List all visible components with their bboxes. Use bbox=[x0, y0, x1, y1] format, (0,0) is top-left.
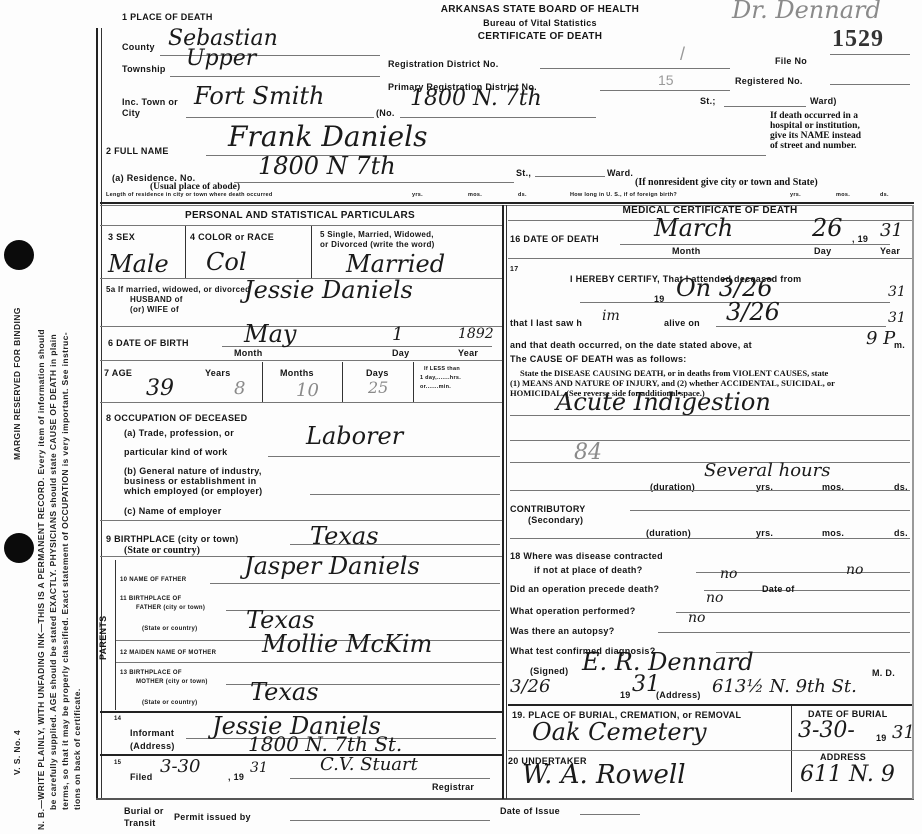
footer-permit-label: Permit issued by bbox=[174, 812, 251, 822]
occupation-b-1: (b) General nature of industry, bbox=[124, 466, 262, 476]
marital-label-1: 5 Single, Married, Widowed, bbox=[320, 230, 434, 239]
residence-st-label: St., bbox=[516, 168, 531, 178]
city-line bbox=[186, 117, 374, 118]
registered-no-label: Registered No. bbox=[735, 76, 803, 86]
hospital-note-4: of street and number. bbox=[770, 141, 857, 151]
length-ds: ds. bbox=[518, 192, 527, 198]
death-time: 9 P bbox=[866, 328, 895, 349]
dod-day-label: Day bbox=[814, 246, 831, 256]
age-months-label: Months bbox=[280, 368, 314, 378]
cause-value: Acute Indigestion bbox=[556, 388, 771, 416]
last-saw-date: 3/26 bbox=[726, 298, 780, 326]
attended-19: 19 bbox=[654, 294, 665, 304]
birthplace-label: 9 BIRTHPLACE (city or town) bbox=[106, 534, 239, 544]
street-no-label: (No. bbox=[376, 108, 395, 118]
street-ward-label: Ward) bbox=[810, 96, 837, 106]
residence-line bbox=[234, 182, 514, 183]
primary-registration-line bbox=[600, 90, 730, 91]
age-days-value: 25 bbox=[368, 378, 388, 397]
foreign-ds: ds. bbox=[880, 192, 889, 198]
occurred-label: and that death occurred, on the date sta… bbox=[510, 340, 752, 350]
secondary-label: (Secondary) bbox=[528, 515, 583, 525]
informant-label: Informant bbox=[130, 728, 174, 738]
burial-place-value: Oak Cemetery bbox=[532, 718, 707, 746]
dob-month-label: Month bbox=[234, 348, 263, 358]
dod-day: 26 bbox=[812, 214, 843, 242]
contributory-ds: ds. bbox=[894, 528, 908, 538]
cause-instructions-2: (1) MEANS AND NATURE OF INJURY, and (2) … bbox=[510, 378, 835, 388]
nonresident-note: (If nonresident give city or town and St… bbox=[635, 177, 818, 188]
street-st-label: St.; bbox=[700, 96, 716, 106]
registration-district-value: / bbox=[680, 44, 685, 65]
margin-instructions-1: N. B.—WRITE PLAINLY, WITH UNFADING INK—T… bbox=[36, 329, 46, 830]
binding-hole-bottom bbox=[4, 533, 34, 563]
length-residence-label: Length of residence in city or town wher… bbox=[106, 192, 273, 198]
md-label: M. D. bbox=[872, 668, 895, 678]
section-divider-top bbox=[100, 202, 914, 204]
footer-burial-label-2: Transit bbox=[124, 818, 156, 828]
dod-year: 31 bbox=[880, 220, 903, 241]
mother-bp-label-1: 13 BIRTHPLACE OF bbox=[120, 670, 182, 676]
spouse-label-1: 5a If married, widowed, or divorced bbox=[106, 285, 250, 294]
signed-date: 3/26 bbox=[510, 676, 550, 697]
parents-side-label: PARENTS bbox=[98, 616, 108, 660]
filed-year: 31 bbox=[250, 760, 268, 776]
attended-year: 31 bbox=[888, 284, 906, 300]
occupation-a-1: (a) Trade, profession, or bbox=[124, 428, 234, 438]
city-label-2: City bbox=[122, 108, 140, 118]
column-divider-2 bbox=[506, 205, 507, 799]
cause-instructions-1: State the DISEASE CAUSING DEATH, or in d… bbox=[520, 368, 828, 378]
date-of-label: Date of bbox=[762, 584, 795, 594]
item-17-number: 17 bbox=[510, 266, 518, 273]
filed-label: Filed bbox=[130, 772, 153, 782]
length-yrs: yrs. bbox=[412, 192, 423, 198]
marital-value: Married bbox=[346, 250, 445, 278]
contributory-yrs: yrs. bbox=[756, 528, 773, 538]
primary-registration-value: 15 bbox=[658, 72, 674, 88]
occupation-a-2: particular kind of work bbox=[124, 447, 227, 457]
filed-year-prefix: , 19 bbox=[228, 772, 244, 782]
mother-bp-value: Texas bbox=[250, 678, 319, 706]
dod-year-prefix: , 19 bbox=[852, 234, 868, 244]
city-label-1: Inc. Town or bbox=[122, 97, 178, 107]
informant-address: 1800 N. 7th St. bbox=[248, 732, 402, 756]
hospital-note-1: If death occurred in a bbox=[770, 111, 858, 121]
certificate-title: CERTIFICATE OF DEATH bbox=[420, 31, 660, 42]
birthplace-value: Texas bbox=[310, 522, 379, 550]
county-label: County bbox=[122, 42, 155, 52]
contributory-mos: mos. bbox=[822, 528, 844, 538]
foreign-birth-label: How long in U. S., if of foreign birth? bbox=[570, 192, 677, 198]
foreign-mos: mos. bbox=[836, 192, 850, 198]
residence-sublabel: (Usual place of abode) bbox=[150, 182, 240, 192]
contributory-label: CONTRIBUTORY bbox=[510, 504, 586, 514]
registrar-signature: C.V. Stuart bbox=[320, 754, 418, 775]
registration-district-line bbox=[540, 68, 730, 69]
column-divider bbox=[502, 205, 504, 799]
street-no-value: 1800 N. 7th bbox=[410, 86, 542, 111]
occupation-b-3: which employed (or employer) bbox=[124, 486, 262, 496]
bureau-title: Bureau of Vital Statistics bbox=[440, 18, 640, 28]
signed-19: 19 bbox=[620, 690, 631, 700]
personal-section-title: PERSONAL AND STATISTICAL PARTICULARS bbox=[100, 210, 500, 221]
alive-on-label: alive on bbox=[664, 318, 700, 328]
township-value: Upper bbox=[186, 46, 256, 71]
length-mos: mos. bbox=[468, 192, 482, 198]
place-of-death-label: 1 PLACE OF DEATH bbox=[122, 12, 213, 22]
father-label: 10 NAME OF FATHER bbox=[120, 577, 186, 583]
sex-label: 3 SEX bbox=[108, 232, 135, 242]
city-value: Fort Smith bbox=[194, 82, 325, 110]
dod-label: 16 DATE OF DEATH bbox=[510, 234, 599, 244]
foreign-yrs: yrs. bbox=[790, 192, 801, 198]
date-of-value: no bbox=[846, 562, 863, 578]
father-bp-label-1: 11 BIRTHPLACE OF bbox=[120, 596, 181, 602]
age-less-label-2: 1 day,.......hrs. bbox=[420, 375, 461, 381]
signed-label: (Signed) bbox=[530, 666, 568, 676]
where-contracted-2: if not at place of death? bbox=[534, 565, 643, 575]
spouse-value: Jessie Daniels bbox=[244, 276, 413, 304]
dob-label: 6 DATE OF BIRTH bbox=[108, 338, 189, 348]
cause-label: The CAUSE OF DEATH was as follows: bbox=[510, 354, 687, 364]
full-name-value: Frank Daniels bbox=[228, 120, 427, 153]
spouse-label-2: HUSBAND of bbox=[130, 295, 183, 304]
margin-instructions-4: tions on back of certificate. bbox=[72, 688, 82, 810]
age-years-label: Years bbox=[205, 368, 231, 378]
physician-address: 613½ N. 9th St. bbox=[712, 676, 857, 697]
burial-date-prefix: 19 bbox=[876, 733, 887, 743]
form-border-bottom bbox=[96, 798, 914, 800]
last-saw-year: 31 bbox=[888, 310, 906, 326]
mother-bp-label-2: MOTHER (city or town) bbox=[136, 679, 208, 685]
occupation-value: Laborer bbox=[306, 422, 403, 450]
dob-day: 1 bbox=[392, 324, 403, 345]
color-label: 4 COLOR or RACE bbox=[190, 232, 274, 242]
color-value: Col bbox=[206, 248, 247, 276]
residence-ward-label: Ward. bbox=[607, 168, 633, 178]
father-state-label: (State or country) bbox=[142, 626, 197, 632]
registered-no-line bbox=[830, 84, 910, 85]
hospital-note-3: give its NAME instead bbox=[770, 131, 861, 141]
burial-date-value: 3-30- bbox=[798, 718, 855, 743]
file-no-line bbox=[830, 54, 910, 55]
footer-date-issue-label: Date of Issue bbox=[500, 806, 560, 816]
father-bp-label-2: FATHER (city or town) bbox=[136, 605, 205, 611]
sex-value: Male bbox=[108, 250, 169, 278]
street-no-line bbox=[400, 117, 596, 118]
marital-label-2: or Divorced (write the word) bbox=[320, 240, 435, 249]
binding-hole-top bbox=[4, 240, 34, 270]
undertaker-value: W. A. Rowell bbox=[522, 760, 686, 790]
age-years-value: 39 bbox=[146, 376, 174, 401]
last-saw-label: that I last saw h bbox=[510, 318, 582, 328]
death-time-m: m. bbox=[894, 340, 905, 350]
file-no-label: File No bbox=[775, 56, 807, 66]
autopsy-value: no bbox=[688, 610, 705, 626]
dod-month: March bbox=[654, 214, 733, 242]
occupation-b-2: business or establishment in bbox=[124, 476, 256, 486]
filed-number: 15 bbox=[114, 760, 121, 766]
agency-title: ARKANSAS STATE BOARD OF HEALTH bbox=[390, 4, 690, 15]
informant-number: 14 bbox=[114, 716, 121, 722]
duration-value: Several hours bbox=[704, 460, 830, 481]
contributory-duration-label: (duration) bbox=[646, 528, 691, 538]
birthplace-sublabel: (State or country) bbox=[124, 545, 200, 556]
dob-day-label: Day bbox=[392, 348, 409, 358]
undertaker-address-label: ADDRESS bbox=[820, 752, 866, 762]
township-label: Township bbox=[122, 64, 166, 74]
dod-year-label: Year bbox=[880, 246, 900, 256]
father-value: Jasper Daniels bbox=[244, 552, 420, 580]
age-days-label: Days bbox=[366, 368, 389, 378]
dod-month-label: Month bbox=[672, 246, 701, 256]
operation-value: no bbox=[720, 566, 737, 582]
age-months-value: 10 bbox=[296, 380, 319, 401]
file-number: 1529 bbox=[832, 26, 884, 53]
physician-address-label: (Address) bbox=[656, 690, 701, 700]
last-saw-pronoun: im bbox=[602, 308, 620, 324]
physician-signature: E. R. Dennard bbox=[582, 648, 754, 676]
undertaker-address-value: 611 N. 9 bbox=[800, 762, 895, 787]
age-extra-value: 8 bbox=[234, 378, 245, 399]
margin-binding-label: MARGIN RESERVED FOR BINDING bbox=[12, 307, 22, 460]
form-border-left-inner bbox=[101, 28, 102, 800]
age-less-label-3: or.......min. bbox=[420, 384, 451, 390]
mother-state-label: (State or country) bbox=[142, 700, 197, 706]
occupation-c: (c) Name of employer bbox=[124, 506, 222, 516]
margin-form-number: V. S. No. 4 bbox=[12, 730, 22, 775]
annotation-dr-dennard: Dr. Dennard bbox=[732, 0, 881, 24]
residence-value: 1800 N 7th bbox=[258, 152, 396, 180]
mother-value: Mollie McKim bbox=[262, 630, 432, 658]
mother-label: 12 MAIDEN NAME OF MOTHER bbox=[120, 650, 216, 656]
what-operation-value: no bbox=[706, 590, 723, 606]
margin-instructions-3: terms, so that it may be properly classi… bbox=[60, 332, 70, 810]
autopsy-label: Was there an autopsy? bbox=[510, 626, 615, 636]
residence-ward-line bbox=[535, 176, 605, 177]
spouse-label-3: (or) WIFE of bbox=[130, 305, 179, 314]
form-border-left bbox=[96, 28, 98, 800]
footer-burial-label-1: Burial or bbox=[124, 806, 164, 816]
occupation-label: 8 OCCUPATION OF DECEASED bbox=[106, 413, 247, 423]
dob-year: 1892 bbox=[458, 326, 494, 342]
what-operation-label: What operation performed? bbox=[510, 606, 636, 616]
where-contracted-1: 18 Where was disease contracted bbox=[510, 551, 663, 561]
dob-month: May bbox=[244, 320, 296, 348]
age-label: 7 AGE bbox=[104, 368, 132, 378]
street-st-line bbox=[724, 106, 806, 107]
operation-label: Did an operation precede death? bbox=[510, 584, 659, 594]
hospital-note-2: hospital or institution, bbox=[770, 121, 860, 131]
registrar-label: Registrar bbox=[432, 782, 474, 792]
full-name-label: 2 FULL NAME bbox=[106, 146, 169, 156]
age-less-label-1: If LESS than bbox=[424, 366, 460, 372]
township-line bbox=[170, 76, 380, 77]
informant-address-label: (Address) bbox=[130, 741, 175, 751]
margin-instructions-2: be carefully supplied. AGE should be sta… bbox=[48, 334, 58, 810]
registration-district-label: Registration District No. bbox=[388, 59, 499, 69]
filed-date: 3-30 bbox=[160, 756, 200, 777]
dob-year-label: Year bbox=[458, 348, 478, 358]
